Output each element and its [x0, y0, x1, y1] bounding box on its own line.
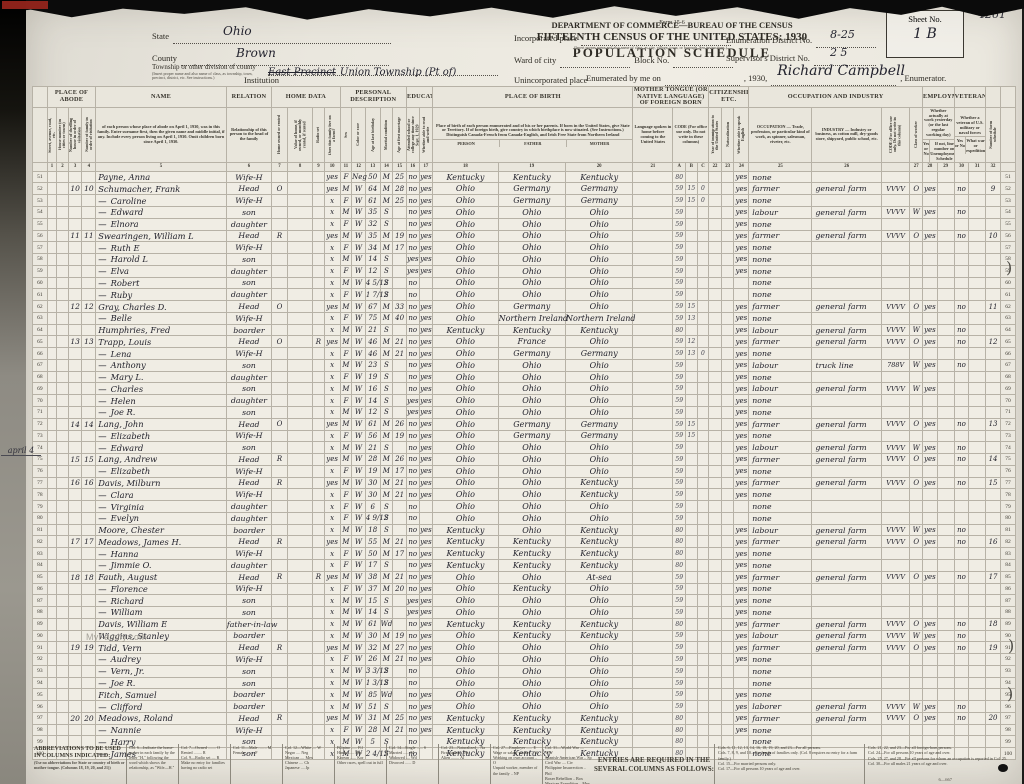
cell-name: — Elizabeth	[96, 465, 227, 477]
cell-occ: none	[749, 407, 812, 419]
cell-ue	[937, 207, 954, 219]
cell-nat	[721, 465, 734, 477]
cell-vet	[954, 665, 969, 677]
cell-n: 76	[33, 465, 48, 477]
cell-fam	[82, 689, 96, 701]
cell-cls: O	[910, 618, 923, 630]
cell-val	[287, 677, 312, 689]
cell-wk: yes	[923, 301, 938, 313]
cell-fam	[82, 312, 96, 324]
column-description	[33, 107, 48, 162]
cell-occ: farmer	[749, 230, 812, 242]
cell-lang	[633, 418, 673, 430]
cell-sch: no	[406, 442, 419, 454]
cell-fbp: Kentucky	[498, 548, 565, 560]
cell-rw: yes	[419, 689, 433, 701]
cell-rw: yes	[419, 524, 433, 536]
cell-rw: yes	[419, 489, 433, 501]
cell-mar: S	[380, 701, 393, 713]
column-number: C	[697, 162, 709, 171]
cell-name: — Belle	[96, 312, 227, 324]
cell-dw	[68, 383, 82, 395]
column-group-header: PLACE OF ABODE	[47, 87, 95, 108]
cell-agm: 21	[393, 477, 407, 489]
cell-sch: no	[406, 665, 419, 677]
cell-own	[272, 359, 288, 371]
cell-cls: O	[910, 712, 923, 724]
cell-race: W	[352, 207, 366, 219]
cell-lang	[633, 383, 673, 395]
cell-wk: yes	[923, 524, 938, 536]
cell-cb	[686, 465, 698, 477]
cell-yr	[709, 430, 722, 442]
cell-ca: 80	[673, 324, 686, 336]
cell-name: — Richard	[96, 595, 227, 607]
cell-wk: yes	[923, 359, 938, 371]
column-number: 14	[380, 162, 393, 171]
column-number: 11	[340, 162, 352, 171]
cell-dw: 13	[68, 336, 82, 348]
cell-name: — Evelyn	[96, 512, 227, 524]
cell-sch: no	[406, 642, 419, 654]
cell-cls	[910, 559, 923, 571]
cell-lang	[633, 607, 673, 619]
cell-rel: son	[226, 607, 271, 619]
cell-code	[881, 407, 909, 419]
cell-rw: yes	[419, 430, 433, 442]
cell-rad	[313, 359, 325, 371]
cell-fbp: Ohio	[498, 277, 565, 289]
cell-farm: x	[324, 618, 340, 630]
cell-farm: x	[324, 559, 340, 571]
cell-wk	[923, 689, 938, 701]
cell-cc	[697, 289, 709, 301]
column-description: Year of immigration to the United States	[709, 107, 722, 162]
cell-ho	[57, 371, 69, 383]
cell-val	[287, 254, 312, 266]
cell-ue	[937, 524, 954, 536]
cell-bp: Ohio	[433, 383, 498, 395]
table-row: 58— Harold LsonxMW14SyesyesOhioOhioOhio5…	[33, 254, 1016, 266]
cell-farm: x	[324, 242, 340, 254]
cell-rad: R	[313, 336, 325, 348]
cell-fs	[986, 195, 1001, 207]
cell-sex: M	[340, 701, 352, 713]
cell-occ: none	[749, 607, 812, 619]
cell-fs	[986, 371, 1001, 383]
cell-own	[272, 242, 288, 254]
cell-age: 34	[365, 242, 380, 254]
cell-fbp: France	[498, 336, 565, 348]
cell-ca: 59	[673, 407, 686, 419]
cell-lang	[633, 324, 673, 336]
cell-vet: no	[954, 301, 969, 313]
cell-sch: no	[406, 218, 419, 230]
cell-ca: 80	[673, 559, 686, 571]
cell-lang	[633, 407, 673, 419]
cell-nat	[721, 512, 734, 524]
column-description	[1000, 107, 1015, 162]
cell-dw	[68, 207, 82, 219]
cell-n: 83	[33, 548, 48, 560]
cell-st	[47, 536, 56, 548]
cell-fs: 12	[986, 336, 1001, 348]
cell-war	[969, 418, 986, 430]
table-row: 67— AnthonysonxMW23SnoyesOhioOhioOhio59y…	[33, 359, 1016, 371]
cell-n2: 61	[1000, 289, 1015, 301]
column-group-header	[33, 87, 48, 108]
cell-ind: general farm	[812, 477, 882, 489]
cell-cls	[910, 677, 923, 689]
cell-mbp: Ohio	[565, 371, 632, 383]
cell-mar: M	[380, 454, 393, 466]
cell-sch: no	[406, 418, 419, 430]
cell-war	[969, 430, 986, 442]
cell-own	[272, 701, 288, 713]
cell-dw	[68, 218, 82, 230]
cell-farm: x	[324, 383, 340, 395]
cell-dw	[68, 701, 82, 713]
cell-own: R	[272, 571, 288, 583]
cell-val	[287, 312, 312, 324]
cell-n: 87	[33, 595, 48, 607]
cell-name: — Charles	[96, 383, 227, 395]
cell-lang	[633, 395, 673, 407]
table-row: 78— ClaraWife-HxFW30M21noyesOhioOhioKent…	[33, 489, 1016, 501]
cell-rw: yes	[419, 371, 433, 383]
cell-cls	[910, 654, 923, 666]
cell-n2: 55	[1000, 218, 1015, 230]
column-number: 22	[709, 162, 722, 171]
cell-ho	[57, 359, 69, 371]
cell-wk	[923, 548, 938, 560]
cell-cls: W	[910, 207, 923, 219]
cell-rel: daughter	[226, 289, 271, 301]
cell-fs	[986, 654, 1001, 666]
cell-cb	[686, 689, 698, 701]
cell-n2: 53	[1000, 195, 1015, 207]
cell-agm: 27	[393, 642, 407, 654]
cell-fam	[82, 654, 96, 666]
cell-farm: yes	[324, 183, 340, 195]
cell-val	[287, 465, 312, 477]
cell-own: R	[272, 454, 288, 466]
cell-rw: yes	[419, 348, 433, 360]
cell-farm: x	[324, 207, 340, 219]
cell-n: 98	[33, 724, 48, 736]
cell-fbp: Kentucky	[498, 712, 565, 724]
cell-own	[272, 442, 288, 454]
cell-dw	[68, 195, 82, 207]
cell-code: VVVV	[881, 701, 909, 713]
cell-farm: x	[324, 512, 340, 524]
cell-cc	[697, 677, 709, 689]
cell-war	[969, 559, 986, 571]
cell-mbp: Germany	[565, 430, 632, 442]
cell-val	[287, 418, 312, 430]
cell-farm: yes	[324, 230, 340, 242]
cell-n2: 66	[1000, 348, 1015, 360]
cell-ho	[57, 407, 69, 419]
cell-sex: M	[340, 524, 352, 536]
cell-rw: yes	[419, 571, 433, 583]
cell-ca: 59	[673, 301, 686, 313]
cell-wk: yes	[923, 183, 938, 195]
cell-cb	[686, 383, 698, 395]
cell-ho	[57, 595, 69, 607]
cell-sex: F	[340, 548, 352, 560]
cell-ind: general farm	[812, 336, 882, 348]
cell-race: W	[352, 242, 366, 254]
cell-rad: R	[313, 571, 325, 583]
state-field: State Ohio	[152, 26, 391, 44]
cell-war	[969, 207, 986, 219]
cell-fam	[82, 677, 96, 689]
cell-code: VVVV	[881, 618, 909, 630]
cell-ho	[57, 665, 69, 677]
cell-fbp: Ohio	[498, 501, 565, 513]
cell-ho	[57, 265, 69, 277]
cell-dw	[68, 595, 82, 607]
cell-sex: F	[340, 289, 352, 301]
cell-nat	[721, 407, 734, 419]
red-label	[2, 1, 48, 9]
cell-ue	[937, 642, 954, 654]
cell-fbp: Kentucky	[498, 171, 565, 183]
cell-war	[969, 724, 986, 736]
cell-n: 64	[33, 324, 48, 336]
cell-fs	[986, 548, 1001, 560]
cell-war	[969, 348, 986, 360]
cell-sch: yes	[406, 407, 419, 419]
cell-fs: 14	[986, 454, 1001, 466]
cell-occ: labour	[749, 383, 812, 395]
table-row: 94— Joe R.sonxMW1 3/12SnoOhioOhioOhio59n…	[33, 677, 1016, 689]
cell-bp: Kentucky	[433, 536, 498, 548]
cell-fbp: Kentucky	[498, 559, 565, 571]
cell-cb	[686, 665, 698, 677]
cell-farm: x	[324, 195, 340, 207]
cell-farm: x	[324, 654, 340, 666]
cell-cls: O	[910, 536, 923, 548]
cell-lang	[633, 277, 673, 289]
cell-ho	[57, 501, 69, 513]
cell-yr	[709, 242, 722, 254]
cell-fbp: Ohio	[498, 689, 565, 701]
cell-mar: S	[380, 254, 393, 266]
cell-ue	[937, 418, 954, 430]
entries-required-column: Cols. 6, 11, 12, 13, 14, 16, 18, 19, 20,…	[714, 744, 864, 784]
cell-bp: Ohio	[433, 512, 498, 524]
cell-mbp: Ohio	[565, 265, 632, 277]
cell-nat	[721, 642, 734, 654]
cell-name: Meadows, Roland	[96, 712, 227, 724]
cell-occ: none	[749, 677, 812, 689]
cell-ho	[57, 701, 69, 713]
cell-rad	[313, 430, 325, 442]
cell-cc	[697, 630, 709, 642]
cell-lang	[633, 583, 673, 595]
column-number: 16	[406, 162, 419, 171]
cell-fs: 11	[986, 301, 1001, 313]
cell-name: — Mary L.	[96, 371, 227, 383]
cell-rel: Head	[226, 183, 271, 195]
block-label: Block No.	[634, 55, 669, 65]
cell-rad	[313, 277, 325, 289]
cell-dw	[68, 630, 82, 642]
cell-vet: no	[954, 524, 969, 536]
cell-ca: 59	[673, 571, 686, 583]
cell-st	[47, 630, 56, 642]
cell-rw: yes	[419, 630, 433, 642]
cell-cb	[686, 701, 698, 713]
cell-val	[287, 524, 312, 536]
cell-cls: W	[910, 701, 923, 713]
cell-mar: M	[380, 477, 393, 489]
cell-cls: W	[910, 383, 923, 395]
cell-fs: 18	[986, 618, 1001, 630]
cell-sex: M	[340, 677, 352, 689]
cell-rel: Wife-H	[226, 583, 271, 595]
cell-fam	[82, 277, 96, 289]
cell-nat	[721, 171, 734, 183]
cell-ue	[937, 512, 954, 524]
cell-en: yes	[734, 595, 749, 607]
cell-sch: no	[406, 571, 419, 583]
cell-vet: no	[954, 324, 969, 336]
table-row: 84— Jimmie O.daughterxFW17SnoyesKentucky…	[33, 559, 1016, 571]
cell-name: — Anthony	[96, 359, 227, 371]
cell-fbp: Ohio	[498, 218, 565, 230]
cell-ca: 59	[673, 383, 686, 395]
cell-fbp: Ohio	[498, 665, 565, 677]
cell-lang	[633, 465, 673, 477]
cell-val	[287, 654, 312, 666]
cell-yr	[709, 512, 722, 524]
cell-dw	[68, 607, 82, 619]
cell-en: yes	[734, 477, 749, 489]
cell-yr	[709, 654, 722, 666]
cell-occ: labour	[749, 324, 812, 336]
cell-bp: Kentucky	[433, 548, 498, 560]
cell-rw: yes	[419, 301, 433, 313]
cell-st	[47, 230, 56, 242]
cell-age: 17	[365, 559, 380, 571]
cell-cb: 13	[686, 312, 698, 324]
cell-war	[969, 230, 986, 242]
cell-sch: no	[406, 348, 419, 360]
cell-fbp: Ohio	[498, 489, 565, 501]
cell-val	[287, 242, 312, 254]
cell-cc	[697, 230, 709, 242]
cell-lang	[633, 183, 673, 195]
cell-mar: M	[380, 571, 393, 583]
cell-ind	[812, 371, 882, 383]
cell-fs	[986, 501, 1001, 513]
cell-rw: yes	[419, 183, 433, 195]
ward-field: Ward of city Block No.	[514, 50, 733, 68]
cell-name: Moore, Chester	[96, 524, 227, 536]
cell-st	[47, 195, 56, 207]
cell-ca: 59	[673, 642, 686, 654]
cell-cb	[686, 559, 698, 571]
cell-cc	[697, 218, 709, 230]
cell-sex: M	[340, 301, 352, 313]
cell-en: yes	[734, 559, 749, 571]
cell-cc	[697, 536, 709, 548]
cell-age: 51	[365, 701, 380, 713]
enumerated-label: Enumerated by me on	[586, 73, 661, 83]
cell-ind: general farm	[812, 524, 882, 536]
cell-age: 64	[365, 183, 380, 195]
cell-st	[47, 607, 56, 619]
cell-val	[287, 195, 312, 207]
cell-st	[47, 183, 56, 195]
cell-n2: 79	[1000, 501, 1015, 513]
cell-own	[272, 724, 288, 736]
cell-st	[47, 442, 56, 454]
table-row: 74— EdwardsonxMW21SnoyesOhioOhioOhio59ye…	[33, 442, 1016, 454]
cell-sch: no	[406, 171, 419, 183]
cell-race: W	[352, 571, 366, 583]
cell-mar: S	[380, 524, 393, 536]
cell-race: W	[352, 689, 366, 701]
cell-sch: no	[406, 689, 419, 701]
cell-fbp: Kentucky	[498, 630, 565, 642]
cell-vet: no	[954, 536, 969, 548]
cell-n2: 80	[1000, 512, 1015, 524]
cell-cc	[697, 724, 709, 736]
cell-n2: 93	[1000, 665, 1015, 677]
cell-dw	[68, 689, 82, 701]
cell-ind	[812, 348, 882, 360]
cell-age: 38	[365, 571, 380, 583]
cell-fbp: Kentucky	[498, 536, 565, 548]
cell-vet	[954, 277, 969, 289]
cell-yr	[709, 501, 722, 513]
cell-vet	[954, 559, 969, 571]
cell-mbp: Ohio	[565, 701, 632, 713]
cell-cc	[697, 595, 709, 607]
cell-own	[272, 501, 288, 513]
cell-mbp: Ohio	[565, 689, 632, 701]
cell-race: W	[352, 642, 366, 654]
cell-cc	[697, 712, 709, 724]
cell-occ: none	[749, 501, 812, 513]
cell-lang	[633, 207, 673, 219]
cell-code: VVVV	[881, 712, 909, 724]
cell-ho	[57, 548, 69, 560]
cell-lang	[633, 665, 673, 677]
cell-bp: Ohio	[433, 689, 498, 701]
cell-yr	[709, 548, 722, 560]
cell-cls	[910, 371, 923, 383]
cell-code	[881, 348, 909, 360]
scan-edge-left	[0, 0, 26, 784]
cell-sex: M	[340, 607, 352, 619]
cell-st	[47, 312, 56, 324]
cell-own	[272, 265, 288, 277]
cell-cls: O	[910, 418, 923, 430]
cell-fam	[82, 359, 96, 371]
cell-rw: yes	[419, 618, 433, 630]
cell-sch: no	[406, 630, 419, 642]
cell-rel: Head	[226, 301, 271, 313]
cell-cc	[697, 301, 709, 313]
column-number: 12	[352, 162, 366, 171]
cell-dw	[68, 559, 82, 571]
cell-age: 14	[365, 607, 380, 619]
